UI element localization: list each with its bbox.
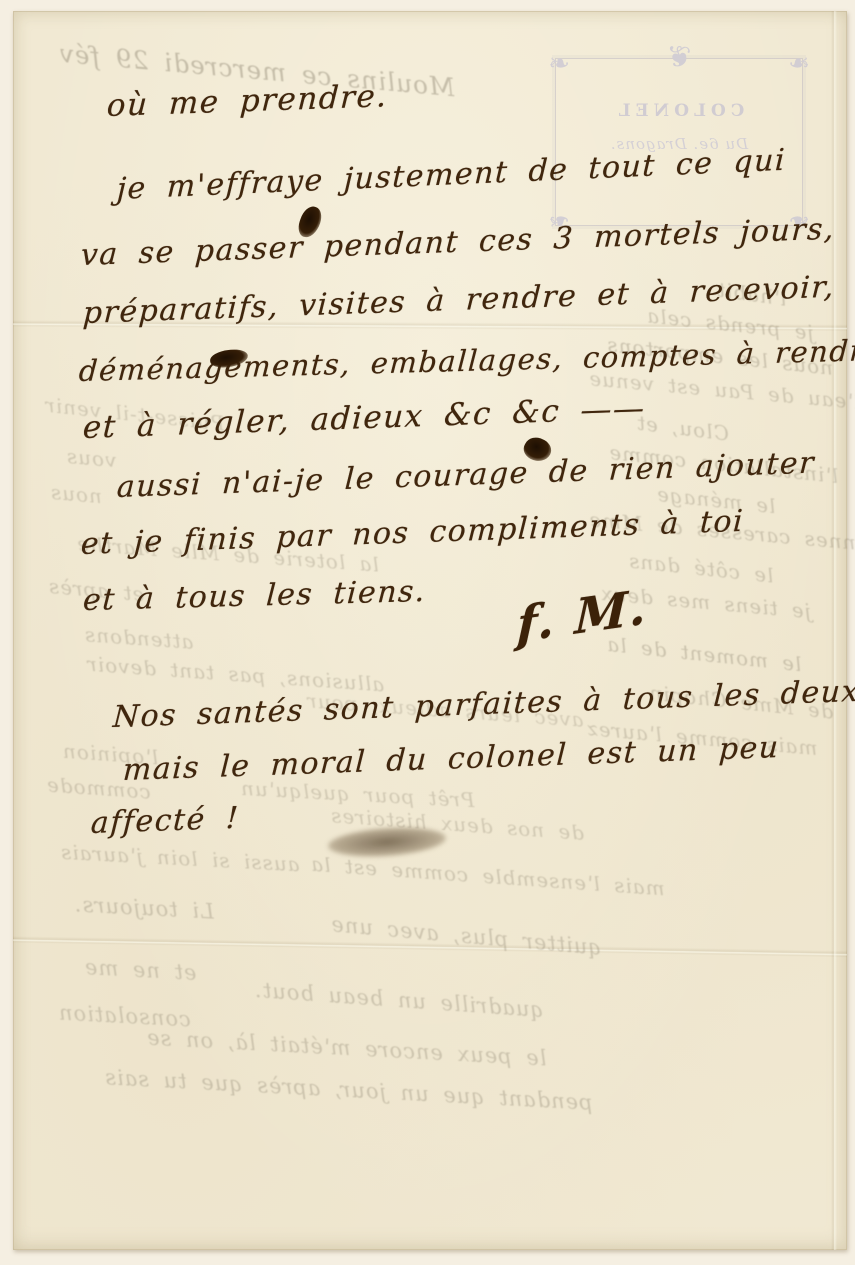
scanned-letter-page: { "meta": { "description": "Scanned page… — [0, 0, 855, 1265]
stamp-title: COLONEL — [556, 101, 802, 121]
stamp-corner-ornament: ❧ — [788, 51, 810, 77]
letterhead-stamp: ❦ ❧ ❧ ❧ ❧ COLONEL Du 6e. Dragons. — [545, 44, 813, 236]
letter-line: affecté ! — [90, 801, 240, 841]
showthrough-line: vous — [65, 444, 117, 472]
stamp-crest-ornament: ❦ — [666, 43, 691, 73]
stamp-frame: ❦ ❧ ❧ ❧ ❧ COLONEL Du 6e. Dragons. — [555, 58, 803, 226]
showthrough-line: nous — [49, 480, 103, 508]
stamp-corner-ornament: ❧ — [548, 51, 570, 77]
